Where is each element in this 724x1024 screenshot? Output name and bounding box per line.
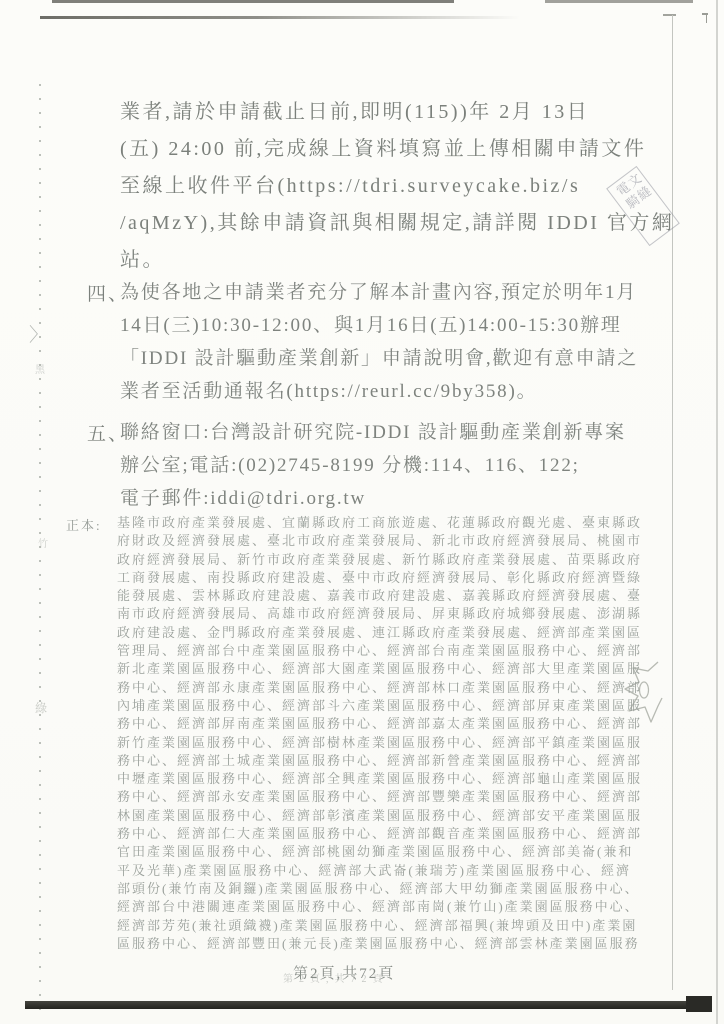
recipient-line: 林園產業園區服務中心、經濟部彰濱產業園區服務中心、經濟部安平產業園區服 [117, 807, 642, 825]
paragraph-line: 14日(三)10:30-12:00、與1月16日(五)14:00-15:30辦理 [120, 309, 638, 342]
paragraph-line: 業者至活動通報名(https://reurl.cc/9by358)。 [120, 375, 638, 408]
paragraph-line: (五) 24:00 前,完成線上資料填寫並上傳相關申請文件 [120, 131, 674, 168]
recipient-line: 基隆市政府產業發展處、宜蘭縣政府工商旅遊處、花蓮縣政府觀光處、臺東縣政 [117, 514, 642, 532]
recipient-line: 新北產業園區服務中心、經濟部大園產業園區服務中心、經濟部大里產業園區服 [117, 660, 642, 678]
page-footer: 第2頁,共72頁 第2頁,共72頁 [283, 960, 463, 990]
page-number: 第2頁,共72頁 [293, 962, 395, 983]
recipient-line: 政府建設處、金門縣政府產業發展處、連江縣政府產業發展處、經濟部產業園區 [117, 624, 642, 642]
item-five-body: 聯絡窗口:台灣設計研究院-IDDI 設計驅動產業創新專案辦公室;電話:(02)2… [120, 416, 626, 515]
item-four-body: 為使各地之申請業者充分了解本計畫內容,預定於明年1月14日(三)10:30-12… [120, 276, 638, 408]
paragraph-line: 業者,請於申請截止日前,即明(115))年 2月 13日 [120, 94, 674, 131]
recipient-line: 經濟部芳苑(兼社頭織襪)產業園區服務中心、經濟部福興(兼埤頭及田中)產業園 [117, 917, 642, 935]
recipient-line: 務中心、經濟部永康產業園區服務中心、經濟部林口產業園區服務中心、經濟部 [117, 679, 642, 697]
recipient-line: 平及光華)產業園區服務中心、經濟部大武崙(兼瑞芳)產業園區服務中心、經濟 [117, 862, 642, 880]
scan-bottom-bar [25, 1001, 712, 1009]
recipient-line: 中壢產業園區服務中心、經濟部全興產業園區服務中心、經濟部龜山產業園區服 [117, 770, 642, 788]
margin-mark: 竹 [38, 535, 48, 550]
recipient-line: 務中心、經濟部屏南產業園區服務中心、經濟部嘉太產業園區服務中心、經濟部 [117, 715, 642, 733]
margin-chevron-mark: 〉 [29, 320, 48, 347]
paragraph-line: 聯絡窗口:台灣設計研究院-IDDI 設計驅動產業創新專案 [120, 416, 626, 449]
paragraph-line: 為使各地之申請業者充分了解本計畫內容,預定於明年1月 [120, 276, 638, 309]
margin-mark: 黑 [35, 361, 45, 376]
scan-corner-tick [706, 13, 707, 23]
recipient-line: 南市政府經濟發展局、高雄市政府經濟發展局、屏東縣政府城鄉發展處、澎湖縣 [117, 605, 642, 623]
scan-corner-tick [702, 13, 708, 15]
page-fold-cap [663, 14, 676, 16]
paragraph-line: /aqMzY),其餘申請資訊與相關規定,請詳閱 IDDI 官方網 [120, 205, 674, 242]
paragraph-line: 電子郵件:iddi@tdri.org.tw [120, 482, 626, 515]
recipient-line: 務中心、經濟部永安產業園區服務中心、經濟部豐樂產業園區服務中心、經濟部 [117, 788, 642, 806]
body-paragraph-continuation: 業者,請於申請截止日前,即明(115))年 2月 13日(五) 24:00 前,… [120, 94, 674, 279]
scan-top-edge-strip [545, 0, 693, 3]
recipient-line: 區服務中心、經濟部豐田(兼元長)產業園區服務中心、經濟部雲林產業園區服務 [117, 935, 642, 953]
recipient-line: 部頭份(兼竹南及銅鑼)產業園區服務中心、經濟部大甲幼獅產業園區服務中心、 [117, 880, 642, 898]
recipient-line: 務中心、經濟部土城產業園區服務中心、經濟部新營產業園區服務中心、經濟部 [117, 752, 642, 770]
recipient-line: 能發展處、雲林縣政府建設處、嘉義市政府建設處、嘉義縣政府經濟發展處、臺 [117, 587, 642, 605]
paragraph-line: 站。 [120, 242, 674, 279]
recipient-line: 新竹產業園區服務中心、經濟部樹林產業園區服務中心、經濟部平鎮產業園區服 [117, 734, 642, 752]
scan-bottom-bar-block [686, 996, 712, 1012]
paragraph-line: 「IDDI 設計驅動產業創新」申請說明會,歡迎有意申請之 [120, 342, 638, 375]
recipient-line: 工商發展處、南投縣政府建設處、臺中市政府經濟發展局、彰化縣政府經濟暨綠 [117, 569, 642, 587]
scan-right-edge [716, 0, 718, 1024]
paragraph-line: 至線上收件平台(https://tdri.surveycake.biz/s [120, 168, 674, 205]
recipient-line: 內埔產業園區服務中心、經濟部斗六產業園區服務中心、經濟部屏東產業園區服 [117, 697, 642, 715]
scan-top-edge-strip [52, 0, 454, 3]
recipient-line: 府財政及經濟發展處、臺北市政府產業發展局、新北市政府經濟發展局、桃園市 [117, 532, 642, 550]
recipient-line: 經濟部台中港關連產業園區服務中心、經濟部南崗(兼竹山)產業園區服務中心、 [117, 898, 642, 916]
recipient-line: 官田產業園區服務中心、經濟部桃園幼獅產業園區服務中心、經濟部美崙(兼和 [117, 843, 642, 861]
recipients-label: 正本: [66, 515, 102, 534]
recipient-line: 管理局、經濟部台中產業園區服務中心、經濟部台南產業園區服務中心、經濟部 [117, 642, 642, 660]
recipient-line: 政府經濟發展局、新竹市政府產業發展處、新竹縣政府產業發展處、苗栗縣政府 [117, 551, 642, 569]
recipient-line: 務中心、經濟部仁大產業園區服務中心、經濟部觀音產業園區服務中心、經濟部 [117, 825, 642, 843]
margin-mark: 綠 [35, 699, 47, 716]
paper-top-edge-shadow [40, 16, 520, 19]
recipients-list: 基隆市政府產業發展處、宜蘭縣政府工商旅遊處、花蓮縣政府觀光處、臺東縣政府財政及經… [117, 514, 642, 953]
scanned-page: 〉 黑 竹 綠 電文騎縫 業者,請於申請截止日前,即明(115))年 2月 13… [0, 0, 724, 1024]
paragraph-line: 辦公室;電話:(02)2745-8199 分機:114、116、122; [120, 449, 626, 482]
